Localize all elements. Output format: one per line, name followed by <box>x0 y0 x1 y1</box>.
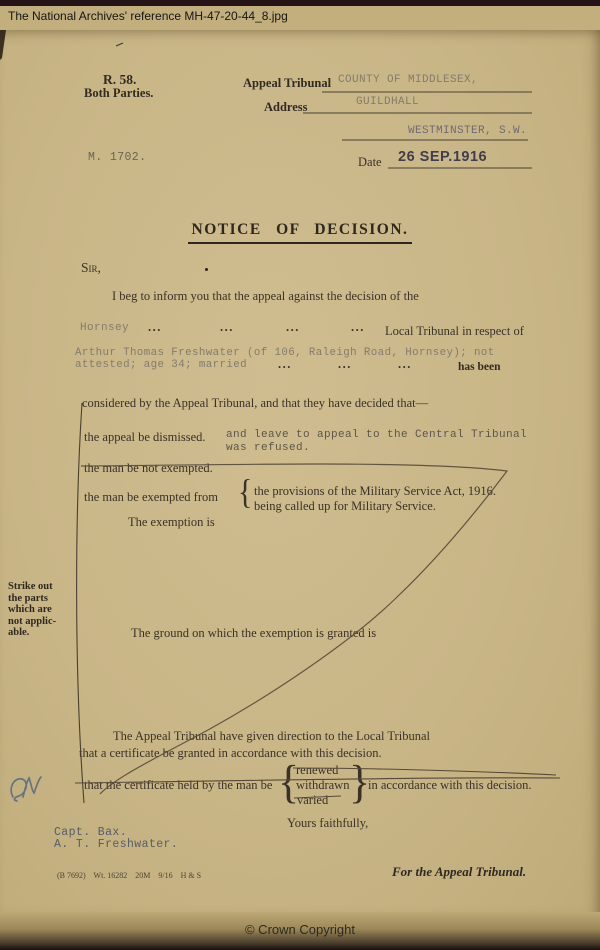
address-value-line2: WESTMINSTER, S.W. <box>408 125 527 137</box>
case-number: M. 1702. <box>88 151 146 164</box>
notice-title-wrap: NOTICE OF DECISION. <box>0 221 600 244</box>
dot-leader: ... <box>398 357 412 372</box>
margin-note-line: Strike out <box>8 581 76 593</box>
address-value-line1: GUILDHALL <box>356 96 419 108</box>
both-parties-label: Both Parties. <box>84 86 153 101</box>
archive-reference-strip: The National Archives' reference MH-47-2… <box>0 6 600 31</box>
archive-reference-text: The National Archives' reference MH-47-2… <box>8 9 288 23</box>
margin-strike-out-note: Strike out the parts which are not appli… <box>8 581 76 639</box>
crown-copyright-text: © Crown Copyright <box>0 922 600 937</box>
margin-note-line: able. <box>8 627 76 639</box>
exempted-from-clause: the man be exempted from <box>84 490 218 505</box>
typed-leave-line1: and leave to appeal to the Central Tribu… <box>226 429 527 441</box>
typed-leave-line2: was refused. <box>226 442 310 454</box>
dot-leader: ... <box>148 320 162 335</box>
appeal-tribunal-value: COUNTY OF MIDDLESEX, <box>338 74 478 86</box>
exempt-option1: the provisions of the Military Service A… <box>254 484 496 499</box>
certificate-suffix: in accordance with this decision. <box>368 778 532 793</box>
considered-line: considered by the Appeal Tribunal, and t… <box>82 396 428 411</box>
printer-code: (B 7692) Wt. 16282 20M 9/16 H & S <box>57 871 201 880</box>
decision-dismissed: the appeal be dismissed. <box>84 430 206 445</box>
cert-option-varied: varied <box>297 793 328 808</box>
ink-speck <box>205 268 208 271</box>
exempt-option2: being called up for Military Service. <box>254 499 436 514</box>
margin-note-line: the parts <box>8 593 76 605</box>
brace-close-icon: } <box>349 756 370 810</box>
for-appeal-tribunal-label: For the Appeal Tribunal. <box>392 864 526 880</box>
date-label: Date <box>358 155 382 170</box>
not-exempted-clause: the man be not exempted. <box>84 461 213 476</box>
brace-open-icon: { <box>238 473 252 512</box>
cert-option-renewed: renewed <box>296 763 338 778</box>
scanned-document-page: The National Archives' reference MH-47-2… <box>0 0 600 950</box>
margin-note-line: not applic- <box>8 616 76 628</box>
appeal-tribunal-label: Appeal Tribunal <box>243 76 331 91</box>
has-been-label: has been <box>458 361 501 373</box>
dot-leader: ... <box>286 320 300 335</box>
intro-line: I beg to inform you that the appeal agai… <box>112 289 419 304</box>
cert-option-withdrawn: withdrawn <box>296 778 349 793</box>
margin-note-line: which are <box>8 604 76 616</box>
address-label: Address <box>264 100 308 115</box>
dot-leader: ... <box>351 320 365 335</box>
direction-line2: that a certificate be granted in accorda… <box>79 746 382 761</box>
certificate-clause: that the certificate held by the man be <box>84 778 272 793</box>
salutation: Sir, <box>81 260 101 276</box>
ground-clause: The ground on which the exemption is gra… <box>131 626 376 641</box>
exemption-is-clause: The exemption is <box>128 515 215 530</box>
closing-line: Yours faithfully, <box>287 816 368 831</box>
local-tribunal-name: Hornsey <box>80 322 129 334</box>
typed-signature-line2: A. T. Freshwater. <box>54 838 178 851</box>
dot-leader: ... <box>338 357 352 372</box>
direction-line1: The Appeal Tribunal have given direction… <box>113 729 430 744</box>
notice-title: NOTICE OF DECISION. <box>188 221 413 244</box>
dot-leader: ... <box>278 357 292 372</box>
local-tribunal-suffix: Local Tribunal in respect of <box>385 324 524 339</box>
archive-bottom-bar: © Crown Copyright <box>0 912 600 950</box>
date-stamp: 26 SEP.1916 <box>398 149 487 165</box>
respondent-line2: attested; age 34; married <box>75 359 247 371</box>
dot-leader: ... <box>220 320 234 335</box>
